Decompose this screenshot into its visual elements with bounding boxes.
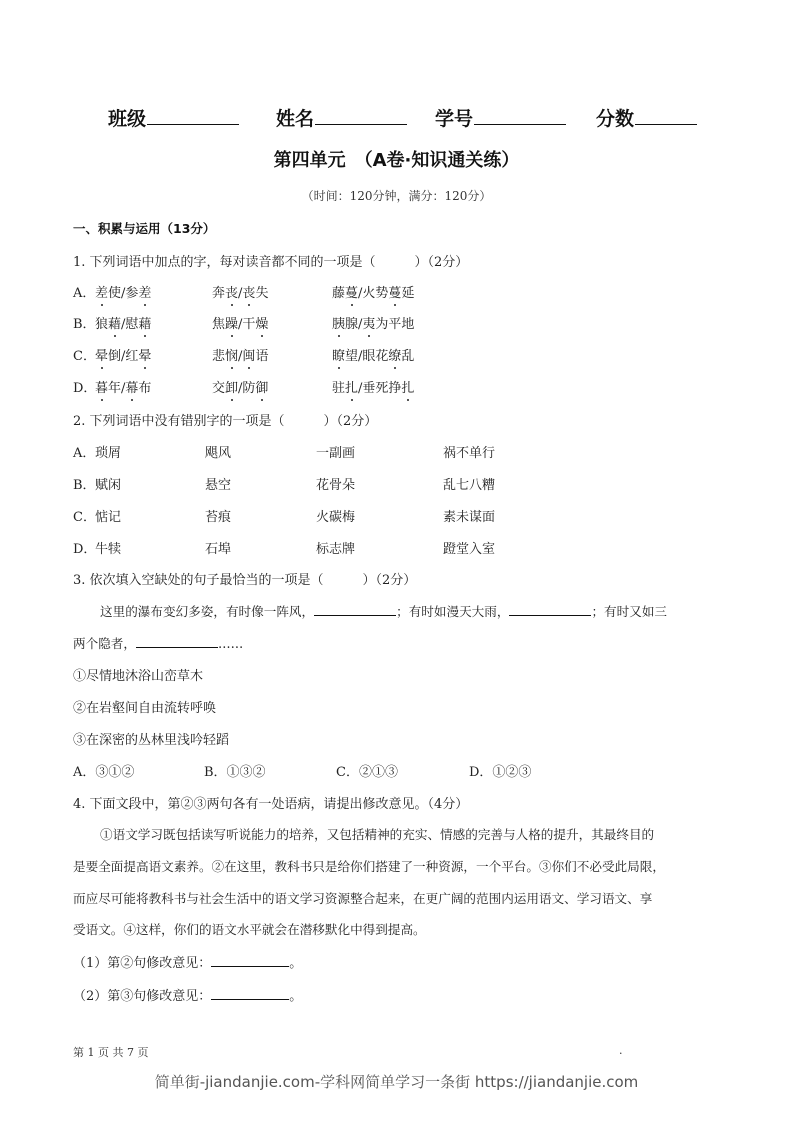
q2-option-d-word-1: 牛犊 bbox=[95, 538, 121, 557]
q3-choice-b: B．①③② bbox=[204, 761, 266, 780]
q4-passage-line-3: 而应尽可能将教科书与社会生活中的语文学习资源整合起来，在更广阔的范围内运用语文、… bbox=[73, 888, 652, 907]
q2-option-d-word-2: 石埠 bbox=[205, 538, 231, 557]
question-3-passage-line-2: 两个隐者，…… bbox=[73, 633, 243, 652]
q1-option-b: B． bbox=[73, 313, 96, 332]
q1-option-d-item-2: 交卸/防御 bbox=[212, 377, 268, 396]
field-student-id-label: 学号 bbox=[435, 108, 473, 130]
option-letter: C． bbox=[73, 349, 96, 364]
answer-end: 。 bbox=[289, 956, 302, 971]
field-class: 班级 bbox=[108, 104, 239, 131]
option-letter: D． bbox=[73, 381, 96, 396]
q1-option-b-item-3: 胰腺/夷为平地 bbox=[332, 313, 414, 332]
q4-passage-line-2: 是要全面提高语文素养。②在这里，教科书只是给你们搭建了一种资源，一个平台。③你们… bbox=[73, 856, 665, 875]
q2-option-a-word-1: 琐屑 bbox=[95, 442, 121, 461]
field-name-blank[interactable] bbox=[315, 123, 407, 125]
q4-answer-2: （2）第③句修改意见：。 bbox=[73, 985, 302, 1004]
field-student-id: 学号 bbox=[435, 104, 566, 131]
q1-option-a-item-2: 奔丧/丧失 bbox=[212, 282, 268, 301]
q2-option-a-word-2: 飓风 bbox=[205, 442, 231, 461]
section-heading: 一、积累与运用（13分） bbox=[73, 219, 215, 237]
q2-option-c-word-2: 苔痕 bbox=[205, 506, 231, 525]
page-subtitle: （时间：120分钟，满分：120分） bbox=[0, 187, 793, 204]
q2-option-a-word-3: 一副画 bbox=[316, 442, 355, 461]
field-name: 姓名 bbox=[276, 104, 407, 131]
q3-sentence-3: ③在深密的丛林里浅吟轻蹈 bbox=[73, 729, 229, 748]
question-1-stem: 1. 下列词语中加点的字，每对读音都不同的一项是（ ）（2分） bbox=[73, 251, 468, 270]
field-score-label: 分数 bbox=[596, 108, 634, 130]
q2-option-a-letter: A． bbox=[73, 442, 95, 461]
q1-option-c-item-3: 瞭望/眼花缭乱 bbox=[332, 345, 414, 364]
q2-option-d-word-4: 蹬堂入室 bbox=[443, 538, 495, 557]
blank-2[interactable] bbox=[509, 614, 591, 616]
question-3-stem: 3. 依次填入空缺处的句子最恰当的一项是（ ）（2分） bbox=[73, 569, 416, 588]
q1-option-c-item-2: 悲悯/闽语 bbox=[212, 345, 268, 364]
q2-option-b-letter: B． bbox=[73, 474, 96, 493]
page-number: 第 1 页 共 7 页 bbox=[73, 1044, 148, 1060]
footer-dot: . bbox=[619, 1044, 623, 1057]
field-score-blank[interactable] bbox=[635, 123, 697, 125]
q3-choice-a: A．③①② bbox=[73, 761, 134, 780]
option-letter: B． bbox=[73, 317, 96, 332]
blank-3[interactable] bbox=[136, 646, 218, 648]
q2-option-c-letter: C． bbox=[73, 506, 96, 525]
field-class-label: 班级 bbox=[108, 108, 146, 130]
q2-option-b-word-2: 悬空 bbox=[205, 474, 231, 493]
q1-option-a: A． bbox=[73, 282, 95, 301]
q1-option-b-item-2: 焦躁/干燥 bbox=[212, 313, 268, 332]
q1-option-d-item-1: 暮年/幕布 bbox=[95, 377, 151, 396]
q1-option-d-item-3: 驻扎/垂死挣扎 bbox=[332, 377, 414, 396]
q1-option-c-item-1: 晕倒/红晕 bbox=[95, 345, 151, 364]
q3-choice-c: C．②①③ bbox=[336, 761, 398, 780]
question-4-stem: 4. 下面文段中，第②③两句各有一处语病，请提出修改意见。（4分） bbox=[73, 793, 468, 812]
watermark: 简单街-jiandanjie.com-学科网简单学习一条街 https://ji… bbox=[0, 1071, 793, 1092]
q2-option-a-word-4: 祸不单行 bbox=[443, 442, 495, 461]
q2-option-c-word-1: 惦记 bbox=[95, 506, 121, 525]
passage-text: 这里的瀑布变幻多姿，有时像一阵风， bbox=[100, 604, 314, 619]
q2-option-d-word-3: 标志牌 bbox=[316, 538, 355, 557]
q2-option-b-word-3: 花骨朵 bbox=[316, 474, 355, 493]
answer-label: （1）第②句修改意见： bbox=[73, 956, 211, 971]
blank-1[interactable] bbox=[314, 614, 396, 616]
q1-option-d: D． bbox=[73, 377, 96, 396]
q4-answer-1: （1）第②句修改意见：。 bbox=[73, 952, 302, 971]
q2-option-c-word-3: 火碳梅 bbox=[316, 506, 355, 525]
q1-option-c: C． bbox=[73, 345, 96, 364]
field-class-blank[interactable] bbox=[147, 123, 239, 125]
answer-2-blank[interactable] bbox=[211, 998, 289, 1000]
q1-option-a-item-1: 差使/参差 bbox=[95, 282, 151, 301]
answer-1-blank[interactable] bbox=[211, 965, 289, 967]
q4-passage-line-4: 受语文。④这样，你们的语文水平就会在潜移默化中得到提高。 bbox=[73, 919, 426, 938]
passage-text: ；有时又如三 bbox=[591, 604, 667, 619]
q3-choice-d: D．①②③ bbox=[469, 761, 531, 780]
field-score: 分数 bbox=[596, 104, 697, 131]
page-title: 第四单元 （A卷·知识通关练） bbox=[0, 146, 793, 172]
q2-option-b-word-1: 赋闲 bbox=[95, 474, 121, 493]
q1-option-a-item-3: 藤蔓/火势蔓延 bbox=[332, 282, 414, 301]
q3-sentence-1: ①尽情地沐浴山峦草木 bbox=[73, 665, 203, 684]
option-letter: A． bbox=[73, 286, 95, 301]
question-2-stem: 2. 下列词语中没有错别字的一项是（ ）（2分） bbox=[73, 410, 377, 429]
passage-text: ；有时如漫天大雨， bbox=[396, 604, 509, 619]
question-3-passage-line-1: 这里的瀑布变幻多姿，有时像一阵风，；有时如漫天大雨，；有时又如三 bbox=[100, 601, 667, 620]
field-student-id-blank[interactable] bbox=[474, 123, 566, 125]
field-name-label: 姓名 bbox=[276, 108, 314, 130]
passage-text: 两个隐者， bbox=[73, 636, 136, 651]
passage-text: …… bbox=[218, 636, 243, 651]
q1-option-b-item-1: 狼藉/慰藉 bbox=[95, 313, 151, 332]
q3-sentence-2: ②在岩壑间自由流转呼唤 bbox=[73, 697, 216, 716]
answer-end: 。 bbox=[289, 989, 302, 1004]
answer-label: （2）第③句修改意见： bbox=[73, 989, 211, 1004]
q2-option-d-letter: D． bbox=[73, 538, 96, 557]
q2-option-c-word-4: 素未谋面 bbox=[443, 506, 495, 525]
q4-passage-line-1: ①语文学习既包括读写听说能力的培养，又包括精神的充实、情感的完善与人格的提升，其… bbox=[100, 824, 654, 843]
q2-option-b-word-4: 乱七八糟 bbox=[443, 474, 495, 493]
